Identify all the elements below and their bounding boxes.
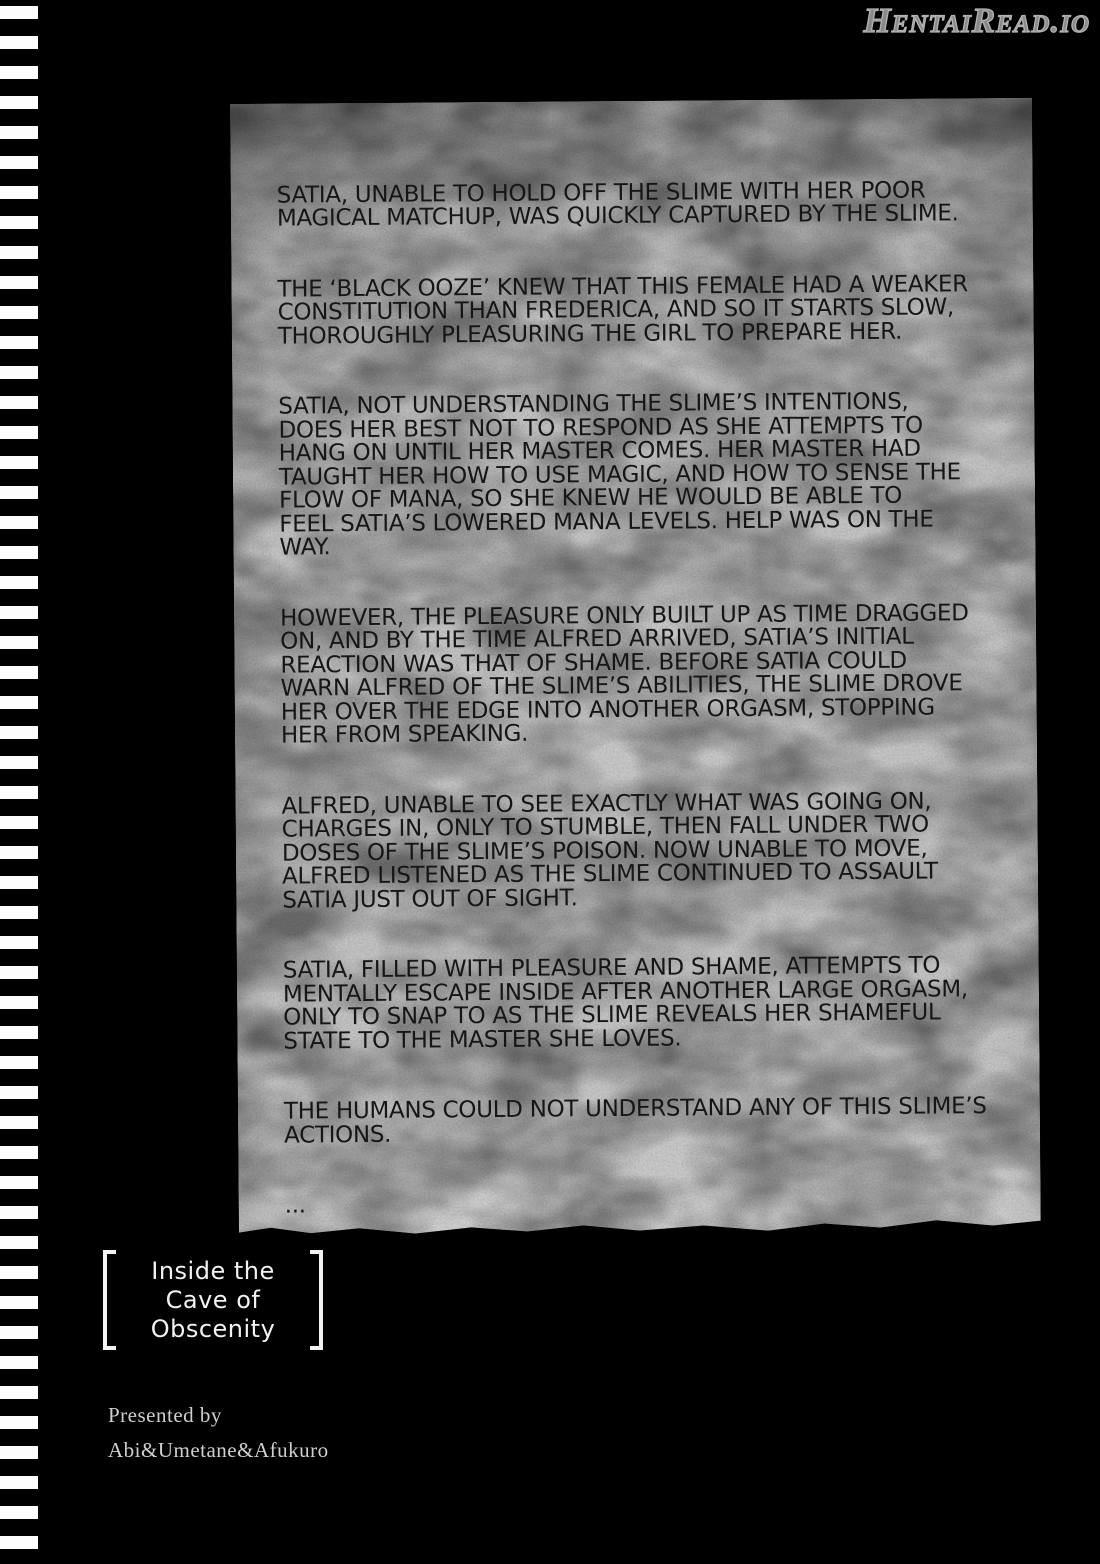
synopsis-paper: SATIA, UNABLE TO HOLD OFF THE SLIME WITH… (230, 98, 1041, 1236)
synopsis-ellipsis: ... (285, 1189, 1015, 1218)
open-bracket-icon (103, 1250, 116, 1350)
synopsis-paragraph: ALFRED, UNABLE TO SEE EXACTLY WHAT WAS G… (281, 789, 1012, 912)
book-title-line: Inside the (134, 1257, 292, 1286)
synopsis-text: SATIA, UNABLE TO HOLD OFF THE SLIME WITH… (276, 155, 1015, 1359)
book-title-line: Obscenity (134, 1315, 292, 1344)
synopsis-paragraph: SATIA, NOT UNDERSTANDING THE SLIME’S INT… (278, 390, 1009, 560)
synopsis-paragraph: HOWEVER, THE PLEASURE ONLY BUILT UP AS T… (280, 601, 1011, 748)
synopsis-paragraph: SATIA, FILLED WITH PLEASURE AND SHAME, A… (283, 954, 1014, 1054)
book-title: Inside the Cave of Obscenity (134, 1257, 292, 1344)
synopsis-paragraph: THE ‘BLACK OOZE’ KNEW THAT THIS FEMALE H… (277, 272, 1008, 348)
reader-page-image[interactable]: HentaiRead.io SATIA, UNABLE TO HOLD OFF … (0, 0, 1100, 1564)
circle-names: Abi&Umetane&Afukuro (108, 1433, 329, 1468)
synopsis-paragraph: SATIA, UNABLE TO HOLD OFF THE SLIME WITH… (277, 178, 1007, 231)
synopsis-paragraph: THEY DID NOT KNOW THAT A MONSTER WAS ABO… (285, 1259, 1015, 1312)
credits-block: Presented by Abi&Umetane&Afukuro (108, 1398, 329, 1468)
binding-stripes (0, 0, 38, 1564)
synopsis-paragraph: THE HUMANS COULD NOT UNDERSTAND ANY OF T… (284, 1095, 1014, 1148)
presented-by-label: Presented by (108, 1398, 329, 1433)
close-bracket-icon (310, 1250, 323, 1350)
book-title-block: Inside the Cave of Obscenity (103, 1250, 323, 1350)
site-logo-watermark: HentaiRead.io (863, 1, 1090, 41)
book-title-line: Cave of (134, 1286, 292, 1315)
